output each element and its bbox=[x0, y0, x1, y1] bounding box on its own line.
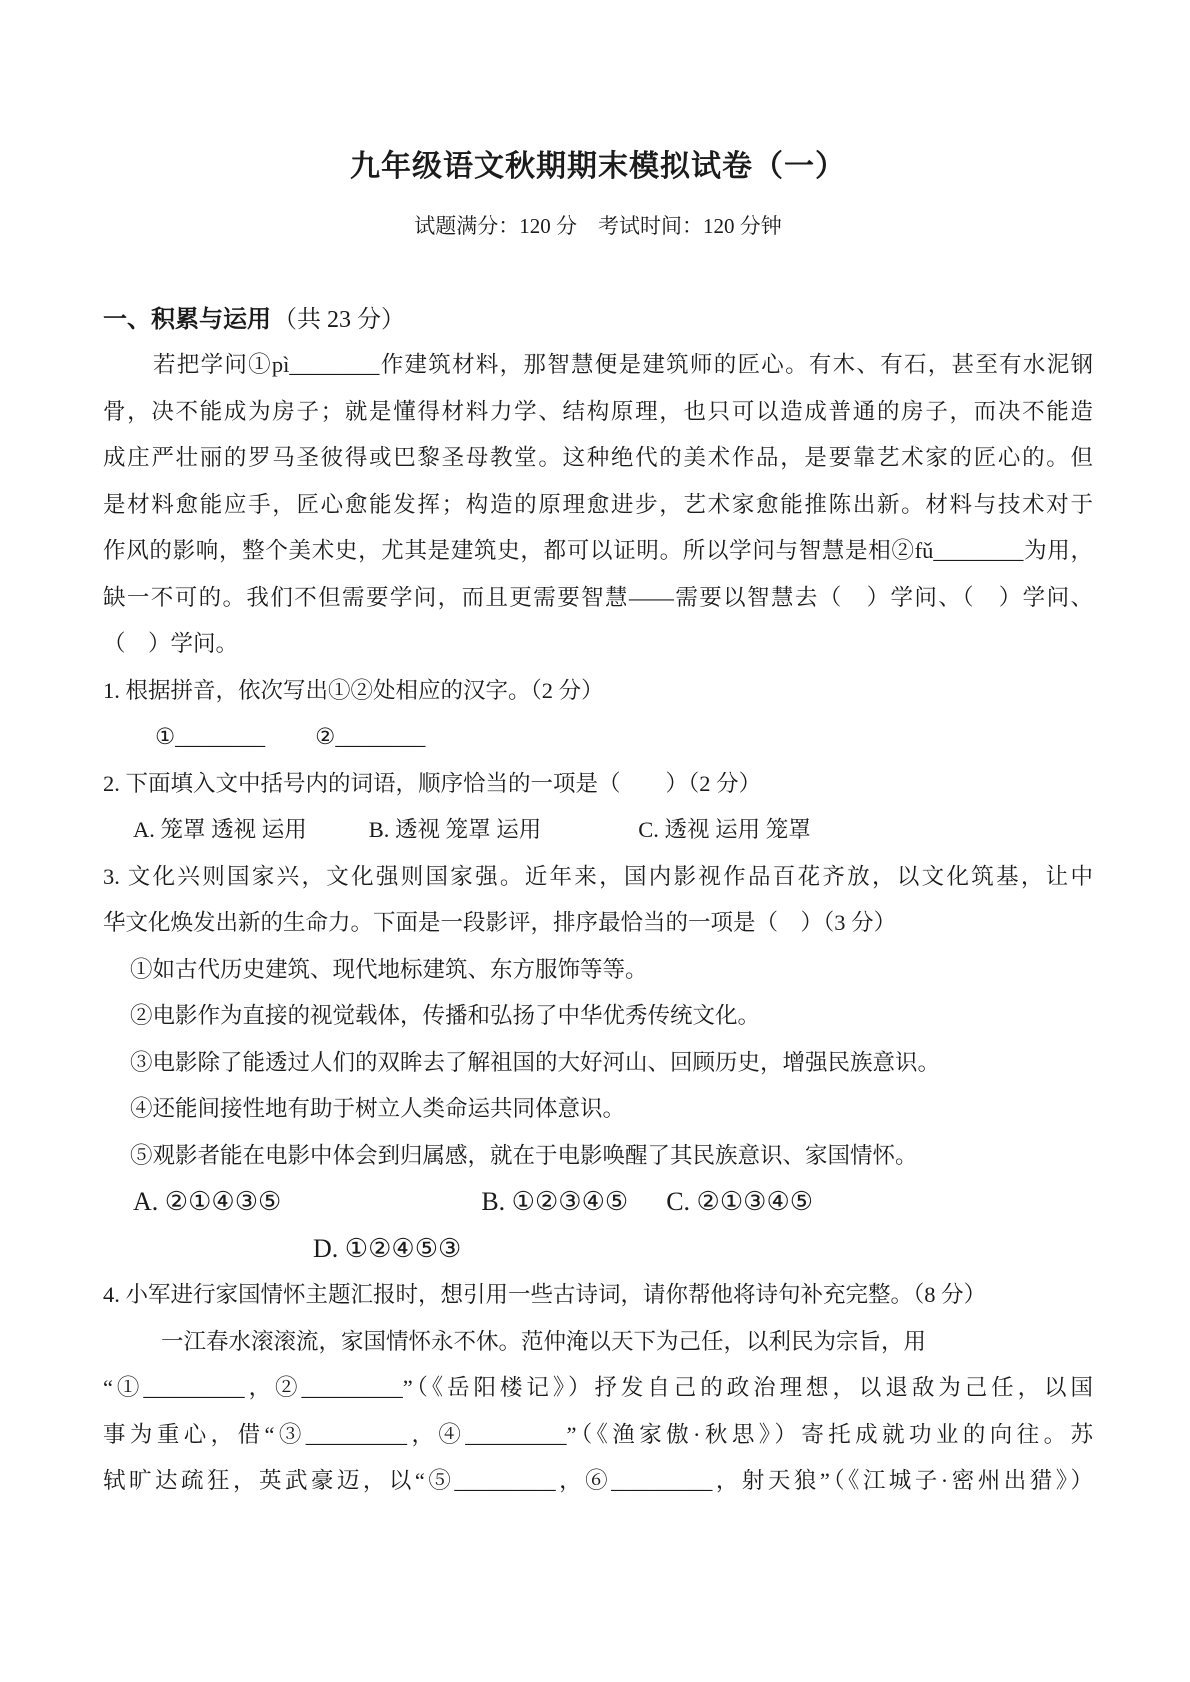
question-3-item-4: ④还能间接性地有助于树立人类命运共同体意识。 bbox=[103, 1086, 1093, 1133]
question-3-options: A. ②①④③⑤B. ①②③④⑤C. ②①③④⑤ bbox=[103, 1179, 1093, 1226]
question-1-answer-blanks: ①________②________ bbox=[103, 714, 1093, 761]
passage-line-5: 作风的影响，整个美术史，尤其是建筑史，都可以证明。所以学问与智慧是相②fǔ___… bbox=[103, 528, 1093, 575]
passage-line-2: 骨，决不能成为房子；就是懂得材料力学、结构原理，也只可以造成普通的房子，而决不能… bbox=[103, 389, 1093, 436]
question-4-text: 4. 小军进行家国情怀主题汇报时，想引用一些古诗词，请你帮他将诗句补充完整。（8… bbox=[103, 1272, 1093, 1319]
passage-line-6: 缺一不可的。我们不但需要学问，而且更需要智慧——需要以智慧去（ ）学问、（ ）学… bbox=[103, 575, 1093, 622]
answer-blank-1: ①________ bbox=[155, 724, 265, 749]
section-heading-number: 一、积累与运用 bbox=[103, 307, 271, 333]
question-4-passage-line-1: 一江春水滚滚流，家国情怀永不休。范仲淹以天下为己任，以利民为宗旨，用 bbox=[103, 1319, 1093, 1366]
question-3-text-line-1: 3. 文化兴则国家兴，文化强则国家强。近年来，国内影视作品百花齐放，以文化筑基，… bbox=[103, 854, 1093, 901]
exam-body: 若把学问①pì________作建筑材料，那智慧便是建筑师的匠心。有木、有石，甚… bbox=[103, 342, 1093, 1505]
question-4-passage-line-3: 事为重心，借“③_________，④_________”（《渔家傲·秋思》）寄… bbox=[103, 1412, 1093, 1459]
question-3-item-3: ③电影除了能透过人们的双眸去了解祖国的大好河山、回顾历史，增强民族意识。 bbox=[103, 1040, 1093, 1087]
passage-line-7: （ ）学问。 bbox=[103, 621, 1093, 668]
passage-line-4: 是材料愈能应手，匠心愈能发挥；构造的原理愈进步，艺术家愈能推陈出新。材料与技术对… bbox=[103, 482, 1093, 529]
question-2-option-b: B. 透视 笼罩 运用 bbox=[369, 817, 542, 842]
question-3-option-b: B. ①②③④⑤ bbox=[481, 1187, 628, 1216]
question-3-option-a: A. ②①④③⑤ bbox=[133, 1187, 281, 1216]
question-2-text: 2. 下面填入文中括号内的词语，顺序恰当的一项是（ ）（2 分） bbox=[103, 761, 1093, 808]
question-3-text-line-2: 华文化焕发出新的生命力。下面是一段影评，排序最恰当的一项是（ ）（3 分） bbox=[103, 900, 1093, 947]
passage-line-3: 成庄严壮丽的罗马圣彼得或巴黎圣母教堂。这种绝代的美术作品，是要靠艺术家的匠心的。… bbox=[103, 435, 1093, 482]
question-4-passage-line-4: 轼旷达疏狂，英武豪迈，以“⑤_________，⑥_________，射天狼”（… bbox=[103, 1458, 1093, 1505]
question-3-option-c: C. ②①③④⑤ bbox=[666, 1187, 813, 1216]
question-3-option-d: D. ①②④⑤③ bbox=[103, 1226, 1093, 1273]
question-2-option-c: C. 透视 运用 笼罩 bbox=[638, 817, 811, 842]
question-2-option-a: A. 笼罩 透视 运用 bbox=[133, 817, 307, 842]
question-2-options: A. 笼罩 透视 运用B. 透视 笼罩 运用C. 透视 运用 笼罩 bbox=[103, 807, 1093, 854]
section-heading-points: （共 23 分） bbox=[273, 307, 405, 333]
question-3-item-5: ⑤观影者能在电影中体会到归属感，就在于电影唤醒了其民族意识、家国情怀。 bbox=[103, 1133, 1093, 1180]
question-1-text: 1. 根据拼音，依次写出①②处相应的汉字。（2 分） bbox=[103, 668, 1093, 715]
section-heading: 一、积累与运用（共 23 分） bbox=[103, 300, 1093, 340]
question-3-item-2: ②电影作为直接的视觉载体，传播和弘扬了中华优秀传统文化。 bbox=[103, 993, 1093, 1040]
exam-meta: 试题满分：120 分 考试时间：120 分钟 bbox=[103, 210, 1093, 242]
question-4-passage-line-2: “①_________，②_________”（《岳阳楼记》）抒发自己的政治理想… bbox=[103, 1365, 1093, 1412]
question-3-item-1: ①如古代历史建筑、现代地标建筑、东方服饰等等。 bbox=[103, 947, 1093, 994]
passage-line-1: 若把学问①pì________作建筑材料，那智慧便是建筑师的匠心。有木、有石，甚… bbox=[103, 342, 1093, 389]
exam-paper: 九年级语文秋期期末模拟试卷（一） 试题满分：120 分 考试时间：120 分钟 … bbox=[0, 0, 1190, 1505]
exam-title: 九年级语文秋期期末模拟试卷（一） bbox=[103, 144, 1093, 190]
answer-blank-2: ②________ bbox=[315, 724, 425, 749]
